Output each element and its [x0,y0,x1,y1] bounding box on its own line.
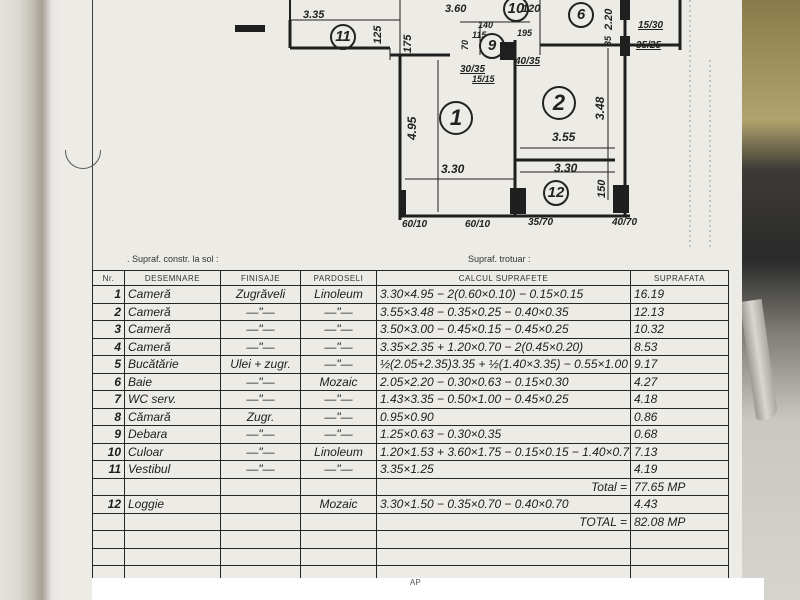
floor-type: —"— [301,338,377,356]
area-value: 4.43 [631,496,729,514]
empty-cell [125,531,221,549]
header-finishes: FINISAJE [221,271,301,286]
area-calculation: 3.30×4.95 − 2(0.60×0.10) − 0.15×0.15 [377,286,631,304]
table-row: 6Baie—"—Mozaic2.05×2.20 − 0.30×0.63 − 0.… [93,373,729,391]
finish: Zugr. [221,408,301,426]
area-value: 0.86 [631,408,729,426]
footer-fragment: AP [410,578,421,587]
room-name: Bucătărie [125,356,221,374]
area-calculation: 2.05×2.20 − 0.30×0.63 − 0.15×0.30 [377,373,631,391]
dim-label: 140 [478,20,493,30]
area-calculation: 3.30×1.50 − 0.35×0.70 − 0.40×0.70 [377,496,631,514]
area-calculation: 3.55×3.48 − 0.35×0.25 − 0.40×0.35 [377,303,631,321]
header-designation: DESEMNARE [125,271,221,286]
dim-label: 15/15 [472,74,495,84]
table-row: 1CamerăZugrăveliLinoleum3.30×4.95 − 2(0.… [93,286,729,304]
finish [221,496,301,514]
floor-type: —"— [301,426,377,444]
floor-type: —"— [301,391,377,409]
empty-cell [93,531,125,549]
row-number: 12 [93,496,125,514]
floor-type: Linoleum [301,443,377,461]
area-value: 0.68 [631,426,729,444]
area-calculation: ½(2.05+2.35)3.35 + ½(1.40×3.35) − 0.55×1… [377,356,631,374]
area-calculation: 1.25×0.63 − 0.30×0.35 [377,426,631,444]
table-row: 4Cameră—"——"—3.35×2.35 + 1.20×0.70 − 2(0… [93,338,729,356]
white-strip [92,578,764,600]
room-name: Cameră [125,338,221,356]
row-number: 11 [93,461,125,479]
table-row: 3Cameră—"——"—3.50×3.00 − 0.45×0.15 − 0.4… [93,321,729,339]
header-nr: Nr. [93,271,125,286]
area-calculation: 1.20×1.53 + 3.60×1.75 − 0.15×0.15 − 1.40… [377,443,631,461]
area-calculation: 3.35×2.35 + 1.20×0.70 − 2(0.45×0.20) [377,338,631,356]
row-number: 4 [93,338,125,356]
surface-table: Nr. DESEMNARE FINISAJE PARDOSELI CALCUL … [92,270,729,584]
empty-cell [301,513,377,531]
floor-plan-walls [60,0,742,250]
floor-type: Mozaic [301,373,377,391]
empty-row [93,548,729,566]
floor-type: —"— [301,461,377,479]
dim-label: 115 [472,30,486,40]
empty-cell [301,478,377,496]
empty-cell [125,548,221,566]
floor-type: —"— [301,356,377,374]
finish: —"— [221,373,301,391]
room-name: Baie [125,373,221,391]
area-value: 16.19 [631,286,729,304]
area-value: 7.13 [631,443,729,461]
empty-cell [631,531,729,549]
floor-type: —"— [301,408,377,426]
area-value: 8.53 [631,338,729,356]
area-value: 10.32 [631,321,729,339]
empty-cell [93,478,125,496]
dim-label: 3.30 [554,161,577,175]
dim-label: 35/70 [528,217,553,228]
table-row: 7WC serv.—"——"—1.43×3.35 − 0.50×1.00 − 0… [93,391,729,409]
dim-label: 3.48 [593,97,607,120]
total-row: TOTAL =82.08 MP [93,513,729,531]
row-number: 7 [93,391,125,409]
dim-label: 150 [596,180,608,198]
dim-label: 60/10 [465,219,490,230]
dim-label: 3.35 [303,9,324,21]
room-marker-12: 12 [543,180,569,206]
floor-type: —"— [301,303,377,321]
dim-label: 2.20 [603,9,615,30]
room-name: Loggie [125,496,221,514]
row-number: 10 [93,443,125,461]
area-value: 9.17 [631,356,729,374]
empty-cell [301,548,377,566]
room-marker-2: 2 [542,86,576,120]
finish: —"— [221,426,301,444]
finish: Zugrăveli [221,286,301,304]
empty-row [93,531,729,549]
floor-type: Linoleum [301,286,377,304]
floor-plan: 11 10 6 9 1 2 12 3.35 3.60 120 2.20 125 … [60,0,742,250]
room-name: Cămară [125,408,221,426]
dim-label: 40/35 [515,56,540,67]
room-name: Debara [125,426,221,444]
empty-cell [221,548,301,566]
total-value: 82.08 MP [631,513,729,531]
room-name: Cameră [125,286,221,304]
row-number: 9 [93,426,125,444]
empty-cell [377,548,631,566]
dim-label: 4.95 [405,117,419,140]
subtotal-row: Total =77.65 MP [93,478,729,496]
dim-label: 3.60 [445,3,466,15]
subtotal-label: Total = [377,478,631,496]
header-calculation: CALCUL SUPRAFETE [377,271,631,286]
dim-label: 195 [517,28,532,38]
room-name: Cameră [125,321,221,339]
table-row: 8CămarăZugr.—"—0.95×0.900.86 [93,408,729,426]
room-name: Vestibul [125,461,221,479]
dim-label: 60/10 [402,219,427,230]
dim-label: 15/30 [638,20,663,31]
area-calculation: 0.95×0.90 [377,408,631,426]
dim-label: 175 [402,35,414,53]
table-row: 9Debara—"——"—1.25×0.63 − 0.30×0.350.68 [93,426,729,444]
row-number: 6 [93,373,125,391]
total-label: TOTAL = [377,513,631,531]
sidewalk-area-label: Supraf. trotuar : [468,254,531,264]
finish: Ulei + zugr. [221,356,301,374]
table-row: 2Cameră—"——"—3.55×3.48 − 0.35×0.25 − 0.4… [93,303,729,321]
background-binder [0,0,62,600]
dim-label: 40/70 [612,217,637,228]
row-number: 1 [93,286,125,304]
empty-cell [377,531,631,549]
finish: —"— [221,461,301,479]
area-value: 12.13 [631,303,729,321]
dim-label: 120 [522,3,540,15]
row-number: 3 [93,321,125,339]
empty-cell [125,513,221,531]
finish: —"— [221,321,301,339]
table-row-loggia: 12LoggieMozaic3.30×1.50 − 0.35×0.70 − 0.… [93,496,729,514]
empty-cell [93,513,125,531]
empty-cell [221,513,301,531]
empty-cell [125,478,221,496]
row-number: 8 [93,408,125,426]
ground-area-label: . Supraf. constr. la sol : [127,254,219,264]
header-area: SUPRAFATA [631,271,729,286]
floor-type: Mozaic [301,496,377,514]
room-name: Cameră [125,303,221,321]
dim-label: 70 [460,40,470,50]
room-name: Culoar [125,443,221,461]
row-number: 5 [93,356,125,374]
dim-label: 35 [603,36,613,46]
subtotal-value: 77.65 MP [631,478,729,496]
area-calculation: 3.35×1.25 [377,461,631,479]
empty-cell [301,531,377,549]
area-value: 4.18 [631,391,729,409]
header-floors: PARDOSELI [301,271,377,286]
area-calculation: 1.43×3.35 − 0.50×1.00 − 0.45×0.25 [377,391,631,409]
room-name: WC serv. [125,391,221,409]
row-number: 2 [93,303,125,321]
dim-label: 3.55 [552,130,575,144]
floor-type: —"— [301,321,377,339]
room-marker-1: 1 [439,101,473,135]
dim-label: 125 [372,26,384,44]
area-value: 4.27 [631,373,729,391]
finish: —"— [221,443,301,461]
finish: —"— [221,338,301,356]
dim-label: 35/25 [636,40,661,51]
empty-cell [631,548,729,566]
empty-cell [221,478,301,496]
empty-cell [221,531,301,549]
area-calculation: 3.50×3.00 − 0.45×0.15 − 0.45×0.25 [377,321,631,339]
table-row: 11Vestibul—"——"—3.35×1.254.19 [93,461,729,479]
finish: —"— [221,391,301,409]
table-row: 10Culoar—"—Linoleum1.20×1.53 + 3.60×1.75… [93,443,729,461]
empty-cell [93,548,125,566]
dim-label: 3.30 [441,162,464,176]
room-marker-11: 11 [330,24,356,50]
finish: —"— [221,303,301,321]
table-header-row: Nr. DESEMNARE FINISAJE PARDOSELI CALCUL … [93,271,729,286]
room-marker-6: 6 [568,2,594,28]
area-value: 4.19 [631,461,729,479]
table-row: 5BucătărieUlei + zugr.—"—½(2.05+2.35)3.3… [93,356,729,374]
